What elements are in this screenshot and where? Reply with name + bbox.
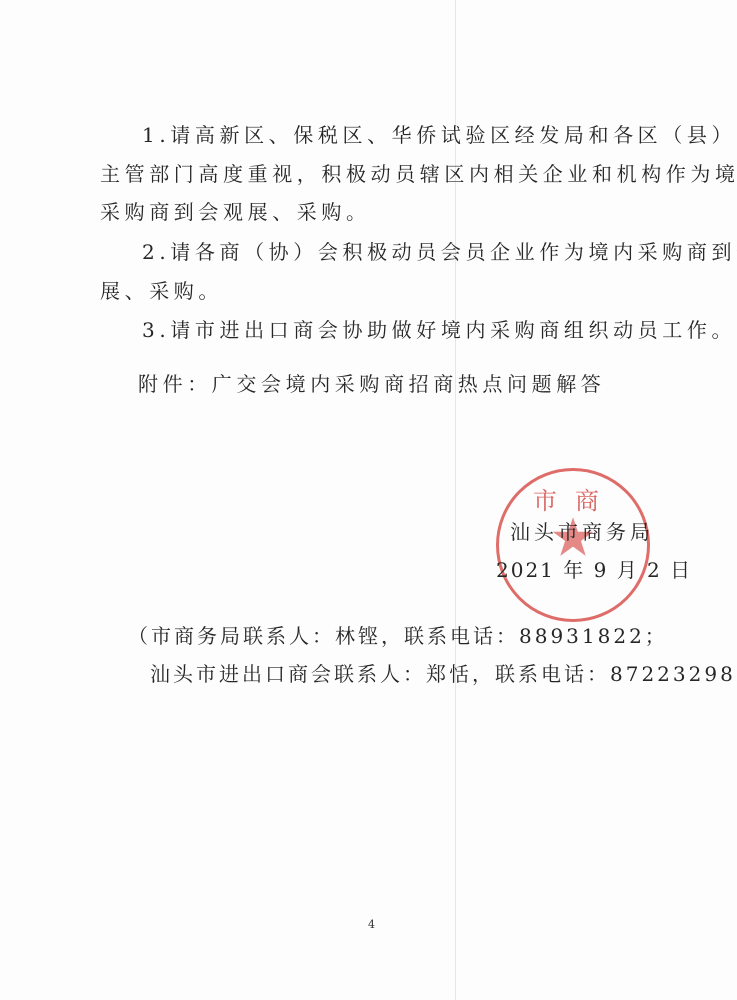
contact-line-1: （市商务局联系人：林铿，联系电话：88931822； xyxy=(128,624,668,648)
page-number: 4 xyxy=(368,918,375,931)
item-1-line-2: 主管部门高度重视，积极动员辖区内相关企业和机构作为境内 xyxy=(100,162,737,186)
official-seal: 市商 xyxy=(496,468,650,622)
item-2-line-2: 展、采购。 xyxy=(100,279,223,303)
signature-organization: 汕头市商务局 xyxy=(510,516,654,545)
signature-date: 2021 年 9 月 2 日 xyxy=(496,554,692,583)
seal-text: 市商 xyxy=(533,481,617,516)
item-2-line-1: 2.请各商（协）会积极动员会员企业作为境内采购商到会观 xyxy=(142,240,737,264)
item-3-line-1: 3.请市进出口商会协助做好境内采购商组织动员工作。 xyxy=(142,318,736,342)
item-1-line-1: 1.请高新区、保税区、华侨试验区经发局和各区（县）商务 xyxy=(142,123,737,147)
scan-fold-line xyxy=(455,0,456,1000)
item-1-line-3: 采购商到会观展、采购。 xyxy=(100,200,371,224)
document-page: 1.请高新区、保税区、华侨试验区经发局和各区（县）商务 主管部门高度重视，积极动… xyxy=(0,0,737,1000)
contact-line-2: 汕头市进出口商会联系人：郑恬，联系电话：87223298） xyxy=(150,662,737,686)
attachment-line: 附件：广交会境内采购商招商热点问题解答 xyxy=(138,372,605,396)
